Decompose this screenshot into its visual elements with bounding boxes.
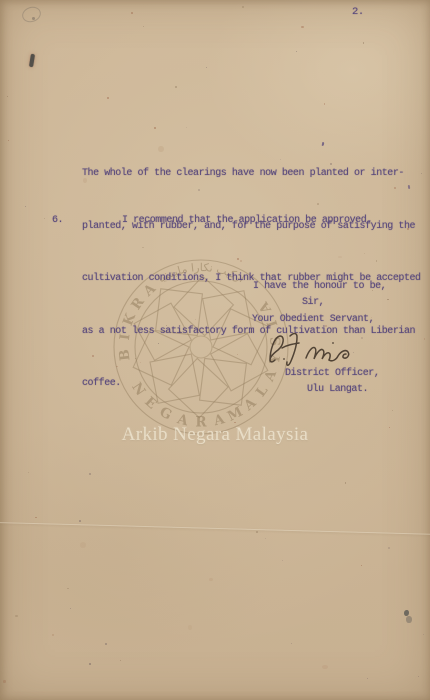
stray-apostrophe-mark [408,185,411,189]
paper-speck [105,643,107,645]
paper-speck [7,96,8,97]
paper-speck [25,206,26,207]
paper-blotch [188,625,192,630]
paper-speck [206,67,207,68]
paper-speck [265,538,266,539]
closing-servant-line: Your Obedient Servant, [252,314,374,325]
signature-place: Ulu Langat. [307,384,368,395]
pencil-scribble-mark [20,4,43,24]
paper-speck [256,531,258,533]
paper-speck [388,547,390,549]
page-number: 2. [352,6,364,18]
paper-speck [282,560,283,561]
paper-speck [143,26,144,27]
paper-speck [70,608,71,609]
paper-blotch [80,542,86,548]
paper-crease-line [0,522,430,535]
paper-speck [423,634,425,636]
paper-speck [242,6,244,8]
paper-speck [363,42,365,44]
paper-speck [44,218,45,219]
paper-speck [175,86,177,88]
paragraph-line: as a not less satisfactory form of culti… [82,323,418,341]
paper-speck [120,660,121,661]
paper-speck [89,663,90,664]
body-paragraph: The whole of the clearings have now been… [82,130,418,428]
paper-speck [3,680,5,682]
paper-speck [154,127,156,129]
paper-speck [345,482,347,484]
paper-speck [301,26,303,28]
paper-speck [291,643,292,644]
paper-speck [361,565,362,566]
paper-speck [79,520,81,522]
paper-speck [418,676,419,677]
closing-salutation: Sir, [302,297,324,308]
scanned-letter-page: 2. اركيب نكارا مليسيا ARKIBNEGARAMALAYSI… [0,0,430,700]
paper-speck [324,103,326,105]
paper-speck [107,97,109,99]
closing-honour-line: I have the honour to be, [253,281,386,292]
paper-speck [421,173,422,174]
paper-speck [67,588,69,590]
signature [260,329,360,369]
pencil-dot [32,17,35,20]
paper-speck [424,338,425,339]
ink-blot-shadow [406,616,412,623]
paper-speck [52,634,53,635]
item-number: 6. [52,215,63,226]
recommendation-text: I recommend that the application be appr… [122,215,372,226]
paper-speck [28,472,30,474]
paper-speck [367,678,369,680]
paper-speck [186,127,187,128]
paper-speck [15,615,17,617]
paragraph-line: The whole of the clearings have now been… [82,165,418,183]
paper-speck [296,51,297,52]
paper-blotch [322,665,328,670]
paper-speck [8,140,9,141]
graphite-smudge [29,54,35,67]
paper-speck [131,12,133,14]
paper-blotch [209,578,213,582]
paper-speck [35,517,37,519]
signature-title: District Officer, [285,368,379,379]
